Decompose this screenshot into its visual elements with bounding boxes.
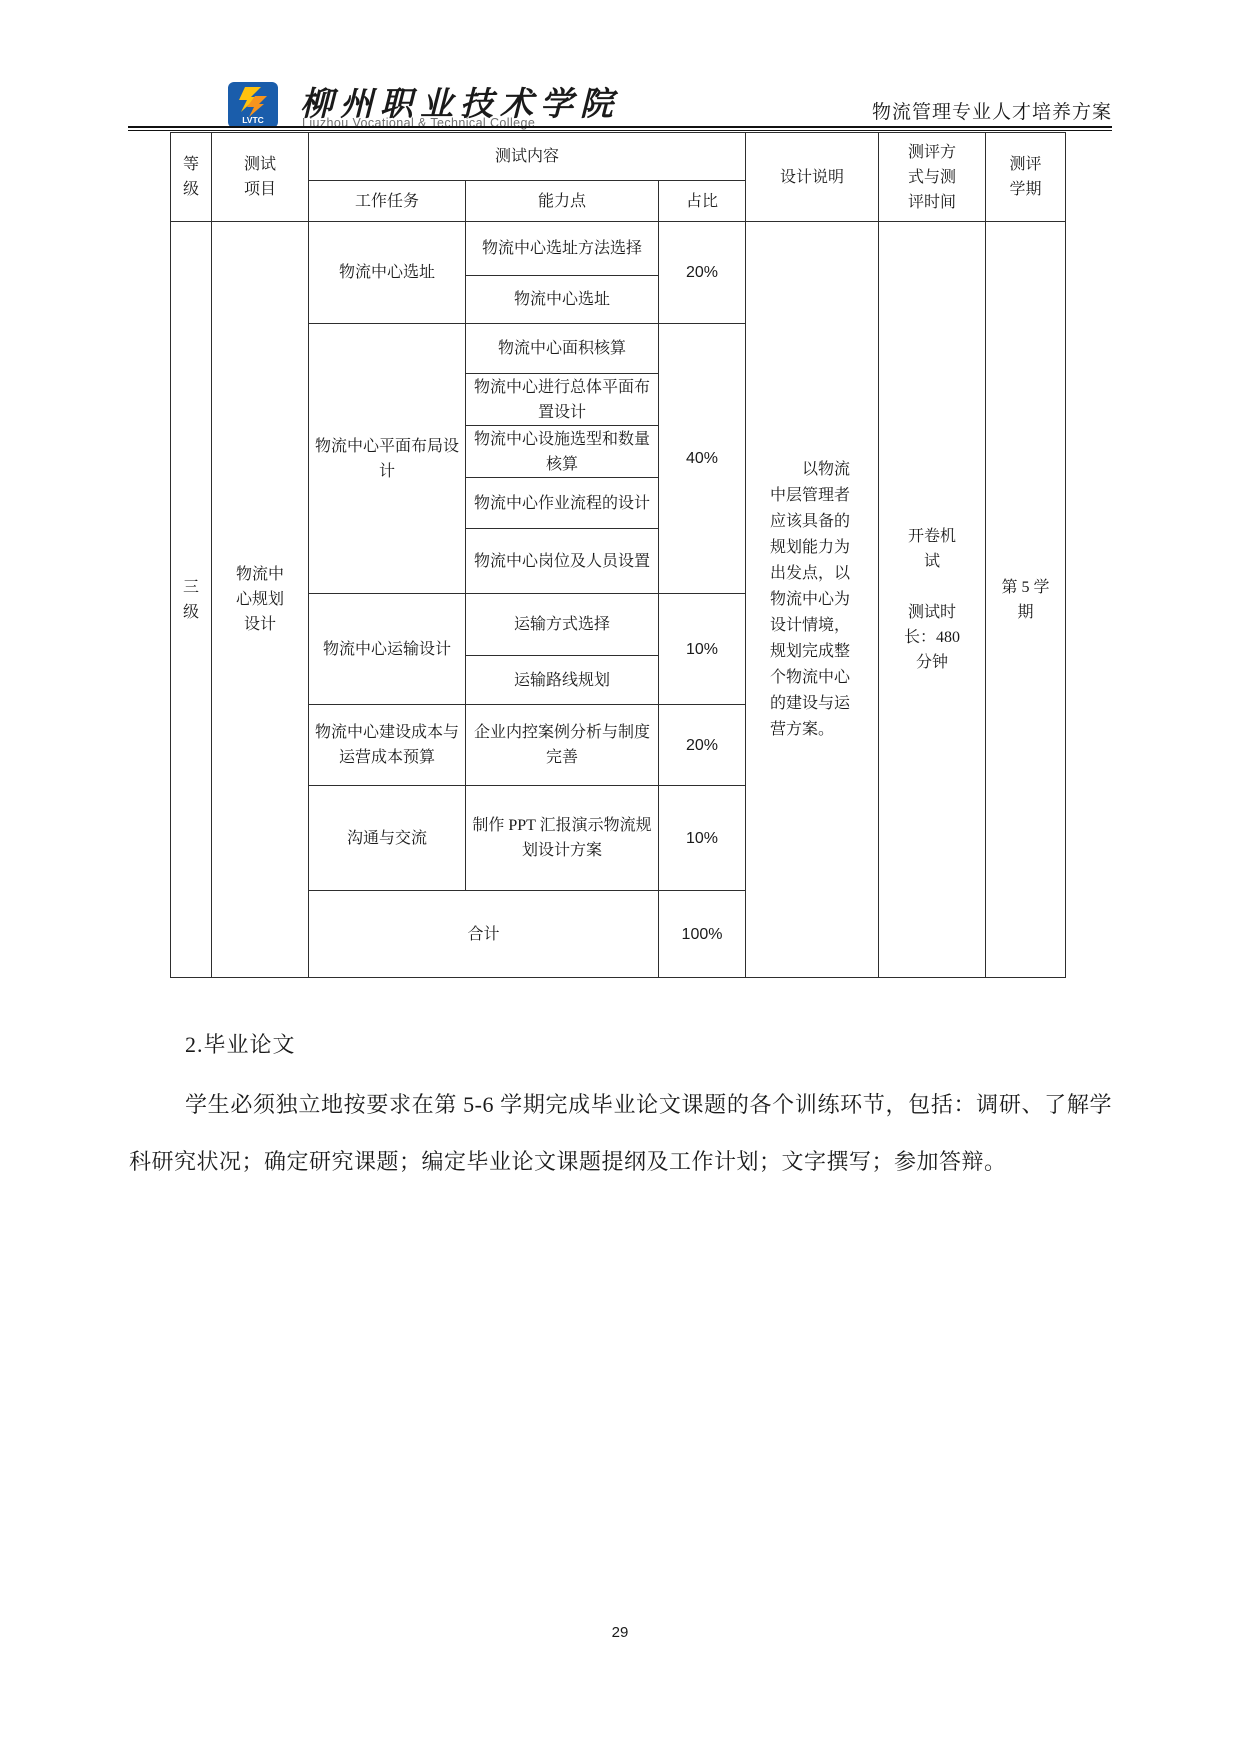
cell-ability-point: 制作 PPT 汇报演示物流规划设计方案 <box>466 786 659 891</box>
cell-level: 三级 <box>171 222 212 978</box>
cell-task: 沟通与交流 <box>309 786 466 891</box>
cell-task: 物流中心选址 <box>309 222 466 324</box>
th-ratio: 占比 <box>659 181 746 222</box>
cell-total-ratio: 100% <box>659 891 746 978</box>
th-design: 设计说明 <box>746 133 879 222</box>
document-title: 物流管理专业人才培养方案 <box>872 97 1112 124</box>
cell-ability-point: 运输方式选择 <box>466 594 659 656</box>
cell-ability-point: 物流中心设施选型和数量核算 <box>466 426 659 478</box>
cell-ability-point: 物流中心作业流程的设计 <box>466 478 659 529</box>
header-rule <box>128 126 1112 131</box>
cell-ratio: 20% <box>659 222 746 324</box>
section-heading: 2.毕业论文 <box>185 1028 296 1059</box>
cell-method: 开卷机试 测试时长：480分钟 <box>879 222 986 978</box>
logo-lvtc-text: LVTC <box>242 115 264 125</box>
cell-ability-point: 企业内控案例分析与制度完善 <box>466 705 659 786</box>
cell-task: 物流中心运输设计 <box>309 594 466 705</box>
cell-ratio: 40% <box>659 324 746 594</box>
cell-task: 物流中心平面布局设计 <box>309 324 466 594</box>
cell-ability-point: 物流中心选址方法选择 <box>466 222 659 276</box>
page-number: 29 <box>0 1624 1240 1641</box>
cell-ratio: 10% <box>659 594 746 705</box>
table-row: 三级 物流中心规划设计 物流中心选址 物流中心选址方法选择 20% 以物流中层管… <box>171 222 1066 276</box>
document-page: LVTC 柳州职业技术学院 Liuzhou Vocational & Techn… <box>0 0 1240 1754</box>
cell-semester: 第 5 学期 <box>986 222 1066 978</box>
cell-task: 物流中心建设成本与运营成本预算 <box>309 705 466 786</box>
th-task: 工作任务 <box>309 181 466 222</box>
cell-ability-point: 物流中心进行总体平面布置设计 <box>466 374 659 426</box>
th-method: 测评方式与测评时间 <box>879 133 986 222</box>
th-semester: 测评学期 <box>986 133 1066 222</box>
assessment-table: 等级 测试项目 测试内容 设计说明 测评方式与测评时间 测评学期 工作任务 能力… <box>170 132 1066 978</box>
cell-total-label: 合计 <box>309 891 659 978</box>
th-level: 等级 <box>171 133 212 222</box>
th-project: 测试项目 <box>212 133 309 222</box>
college-logo: LVTC <box>228 82 278 128</box>
cell-ratio: 10% <box>659 786 746 891</box>
cell-design-note: 以物流中层管理者应该具备的规划能力为出发点，以物流中心为设计情境，规划完成整个物… <box>746 222 879 978</box>
body-paragraph: 学生必须独立地按要求在第 5-6 学期完成毕业论文课题的各个训练环节，包括：调研… <box>129 1076 1112 1190</box>
cell-ability-point: 物流中心面积核算 <box>466 324 659 374</box>
cell-ratio: 20% <box>659 705 746 786</box>
cell-ability-point: 物流中心岗位及人员设置 <box>466 529 659 594</box>
cell-ability-point: 物流中心选址 <box>466 276 659 324</box>
th-ability: 能力点 <box>466 181 659 222</box>
cell-ability-point: 运输路线规划 <box>466 656 659 705</box>
cell-project: 物流中心规划设计 <box>212 222 309 978</box>
th-content: 测试内容 <box>309 133 746 181</box>
